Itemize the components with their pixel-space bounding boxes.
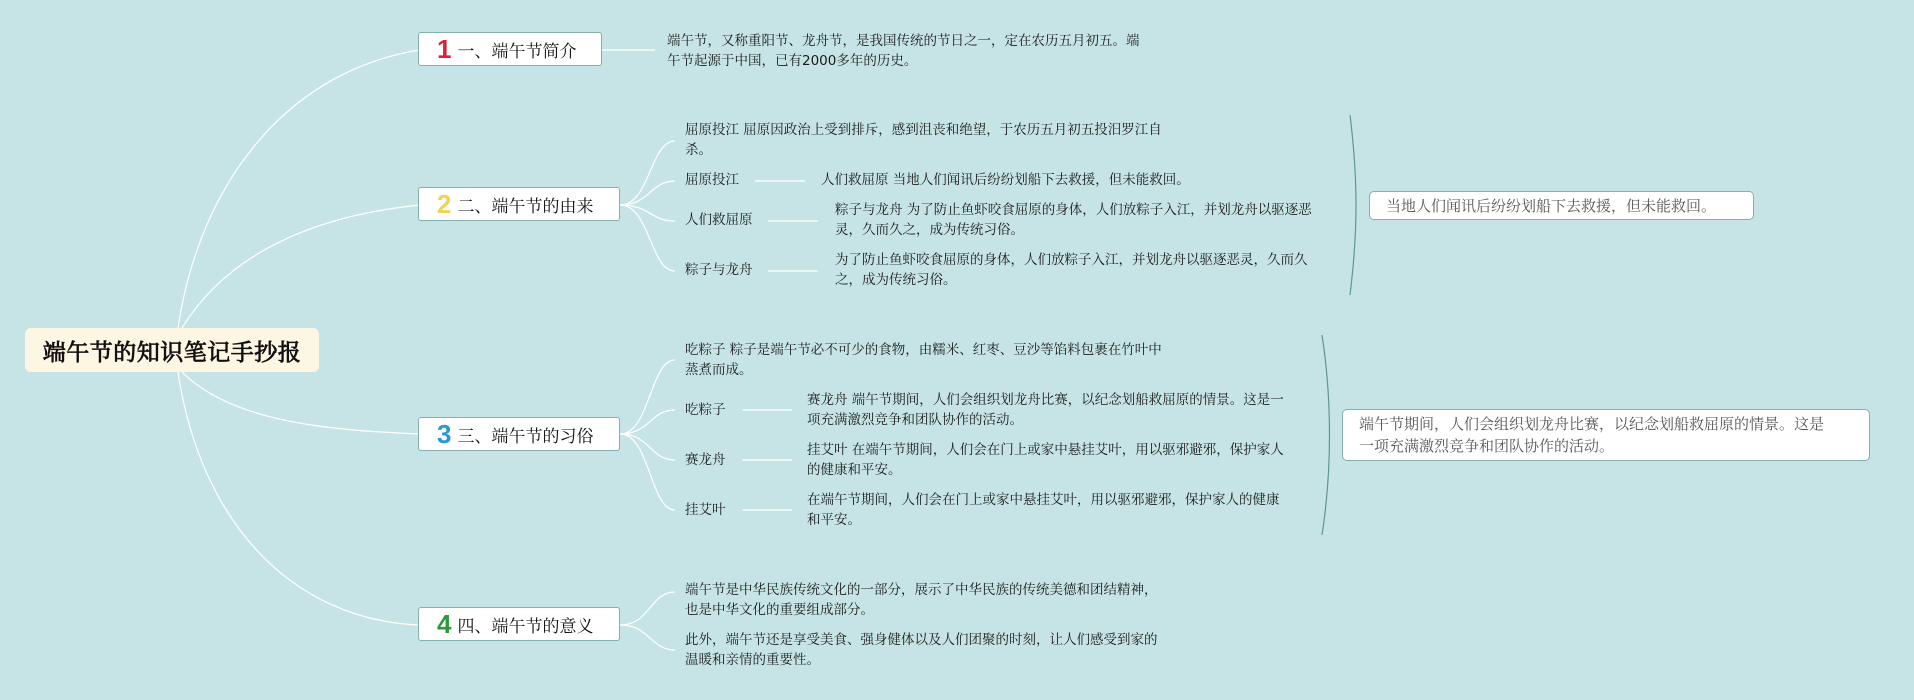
text-line: 杀。 [685,140,1205,160]
customs-label-1[interactable]: 吃粽子 [685,400,726,420]
customs-label-2[interactable]: 赛龙舟 [685,450,726,470]
text-line: 午节起源于中国，已有2000多年的历史。 [667,51,1187,71]
text-line: 温暖和亲情的重要性。 [685,650,1205,670]
customs-text-2[interactable]: 挂艾叶 在端午节期间，人们会在门上或家中悬挂艾叶，用以驱邪避邪，保护家人 的健康… [807,440,1317,480]
text-line: 蒸煮而成。 [685,360,1205,380]
text-line: 吃粽子 粽子是端午节必不可少的食物，由糯米、红枣、豆沙等馅料包裹在竹叶中 [685,340,1205,360]
text-line: 此外，端午节还是享受美食、强身健体以及人们团聚的时刻，让人们感受到家的 [685,630,1205,650]
origin-label-1[interactable]: 屈原投江 [685,170,739,190]
number-2-icon: 2 [437,191,451,217]
customs-text-1[interactable]: 赛龙舟 端午节期间，人们会组织划龙舟比赛，以纪念划船救屈原的情景。这是一 项充满… [807,390,1317,430]
text-line: 灵，久而久之，成为传统习俗。 [835,220,1335,240]
text-line: 和平安。 [807,510,1317,530]
text-line: 粽子与龙舟 为了防止鱼虾咬食屈原的身体，人们放粽子入江，并划龙舟以驱逐恶 [835,200,1335,220]
intro-text[interactable]: 端午节，又称重阳节、龙舟节，是我国传统的节日之一，定在农历五月初五。端 午节起源… [667,31,1187,71]
number-4-icon: 4 [437,611,451,637]
origin-summary[interactable]: 当地人们闻讯后纷纷划船下去救援，但未能救回。 [1369,191,1754,220]
branch-title: 一、端午节简介 [457,37,576,62]
text-line: 的健康和平安。 [807,460,1317,480]
branch-meaning[interactable]: 4 四、端午节的意义 [418,607,620,641]
text-line: 端午节是中华民族传统文化的一部分，展示了中华民族的传统美德和团结精神， [685,580,1205,600]
customs-text-3[interactable]: 在端午节期间，人们会在门上或家中悬挂艾叶，用以驱邪避邪，保护家人的健康 和平安。 [807,490,1317,530]
origin-text-2[interactable]: 粽子与龙舟 为了防止鱼虾咬食屈原的身体，人们放粽子入江，并划龙舟以驱逐恶 灵，久… [835,200,1335,240]
text-line: 端午节，又称重阳节、龙舟节，是我国传统的节日之一，定在农历五月初五。端 [667,31,1187,51]
summary-text: 一项充满激烈竞争和团队协作的活动。 [1359,435,1853,457]
origin-top-text[interactable]: 屈原投江 屈原因政治上受到排斥，感到沮丧和绝望，于农历五月初五投汨罗江自 杀。 [685,120,1205,160]
customs-top-text[interactable]: 吃粽子 粽子是端午节必不可少的食物，由糯米、红枣、豆沙等馅料包裹在竹叶中 蒸煮而… [685,340,1205,380]
root-title: 端午节的知识笔记手抄报 [43,334,302,367]
meaning-text-1[interactable]: 端午节是中华民族传统文化的一部分，展示了中华民族的传统美德和团结精神， 也是中华… [685,580,1205,620]
text-line: 为了防止鱼虾咬食屈原的身体，人们放粽子入江，并划龙舟以驱逐恶灵，久而久 [835,250,1335,270]
origin-label-3[interactable]: 粽子与龙舟 [685,260,753,280]
number-3-icon: 3 [437,421,451,447]
text-line: 之，成为传统习俗。 [835,270,1335,290]
origin-label-2[interactable]: 人们救屈原 [685,210,753,230]
root-topic[interactable]: 端午节的知识笔记手抄报 [25,328,319,372]
text-line: 人们救屈原 当地人们闻讯后纷纷划船下去救援，但未能救回。 [821,170,1301,190]
customs-label-3[interactable]: 挂艾叶 [685,500,726,520]
branch-customs[interactable]: 3 三、端午节的习俗 [418,417,620,451]
text-line: 挂艾叶 在端午节期间，人们会在门上或家中悬挂艾叶，用以驱邪避邪，保护家人 [807,440,1317,460]
number-1-icon: 1 [437,36,451,62]
branch-origin[interactable]: 2 二、端午节的由来 [418,187,620,221]
branch-title: 三、端午节的习俗 [457,422,593,447]
customs-summary[interactable]: 端午节期间，人们会组织划龙舟比赛，以纪念划船救屈原的情景。这是 一项充满激烈竞争… [1342,409,1870,461]
text-line: 在端午节期间，人们会在门上或家中悬挂艾叶，用以驱邪避邪，保护家人的健康 [807,490,1317,510]
branch-title: 二、端午节的由来 [457,192,593,217]
text-line: 项充满激烈竞争和团队协作的活动。 [807,410,1317,430]
origin-text-3[interactable]: 为了防止鱼虾咬食屈原的身体，人们放粽子入江，并划龙舟以驱逐恶灵，久而久 之，成为… [835,250,1335,290]
text-line: 也是中华文化的重要组成部分。 [685,600,1205,620]
origin-text-1[interactable]: 人们救屈原 当地人们闻讯后纷纷划船下去救援，但未能救回。 [821,170,1301,190]
summary-text: 端午节期间，人们会组织划龙舟比赛，以纪念划船救屈原的情景。这是 [1359,413,1853,435]
branch-title: 四、端午节的意义 [457,612,593,637]
text-line: 赛龙舟 端午节期间，人们会组织划龙舟比赛，以纪念划船救屈原的情景。这是一 [807,390,1317,410]
summary-text: 当地人们闻讯后纷纷划船下去救援，但未能救回。 [1386,197,1716,215]
text-line: 屈原投江 屈原因政治上受到排斥，感到沮丧和绝望，于农历五月初五投汨罗江自 [685,120,1205,140]
branch-intro[interactable]: 1 一、端午节简介 [418,32,602,66]
meaning-text-2[interactable]: 此外，端午节还是享受美食、强身健体以及人们团聚的时刻，让人们感受到家的 温暖和亲… [685,630,1205,670]
